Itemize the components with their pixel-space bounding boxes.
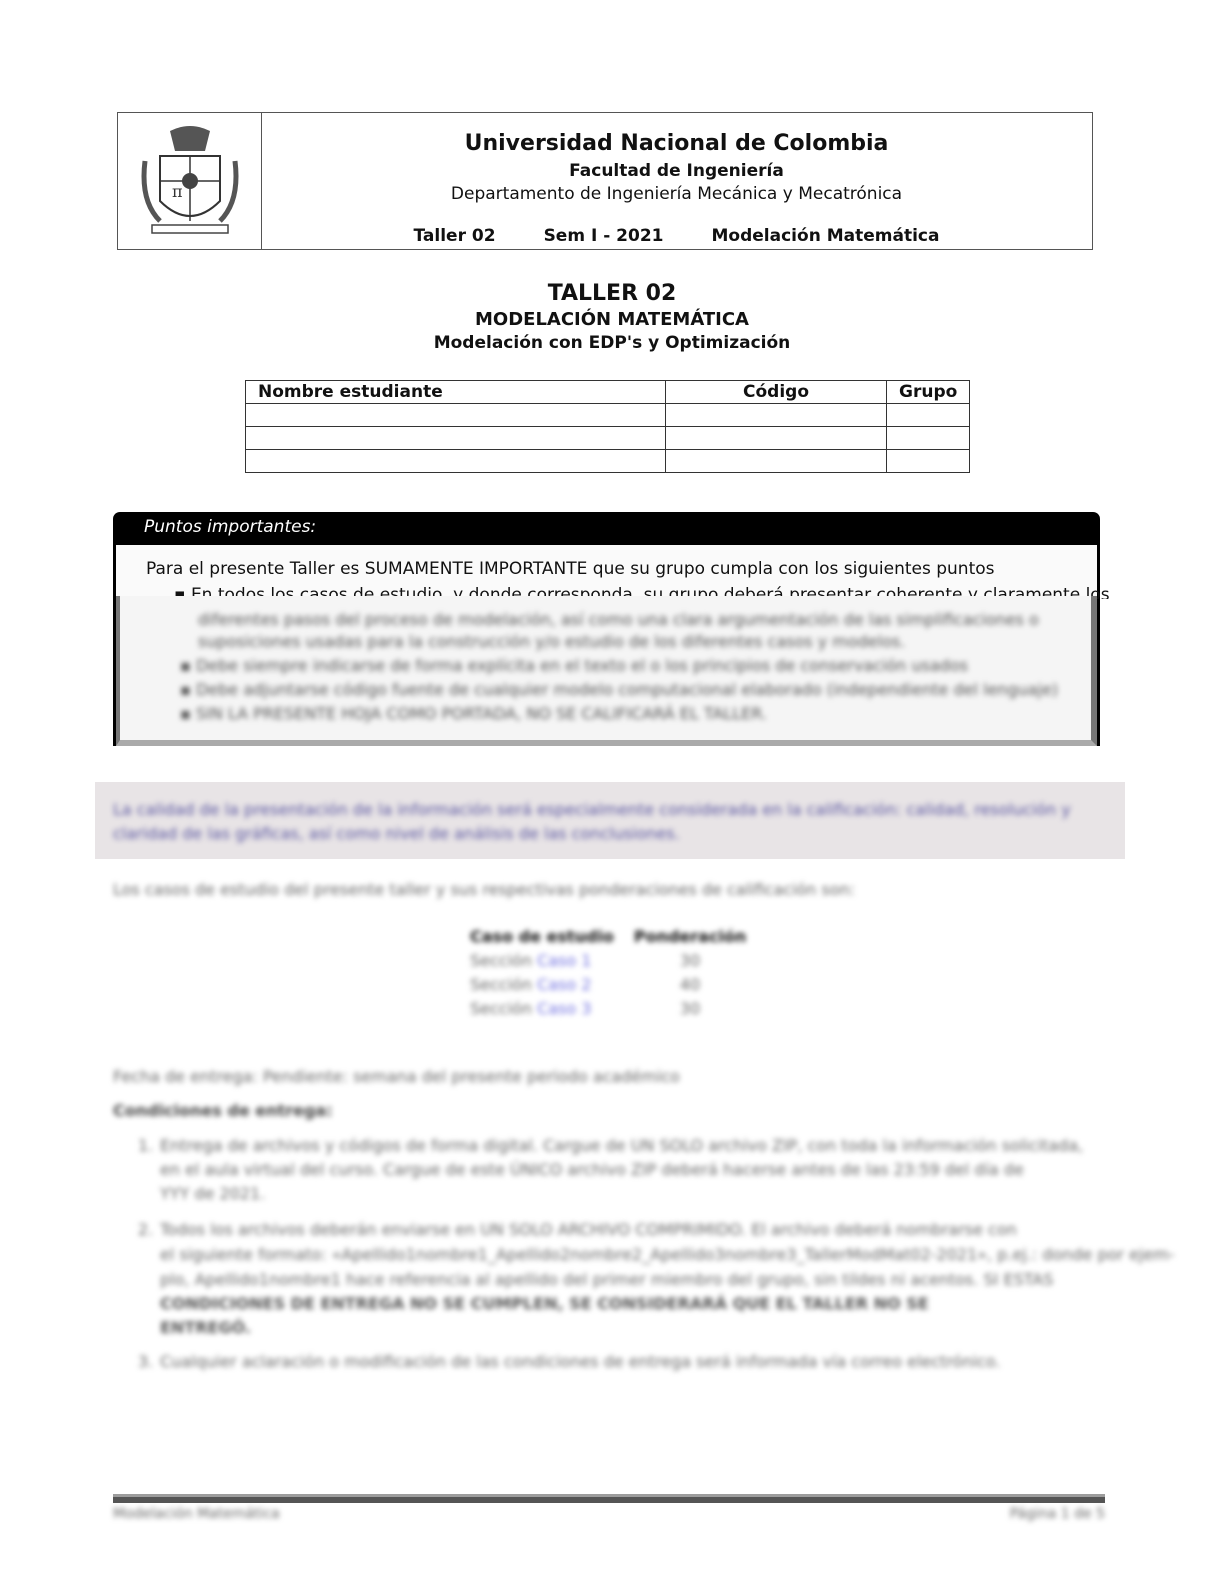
university-name: Universidad Nacional de Colombia xyxy=(261,131,1092,156)
quality-note: La calidad de la presentación de la info… xyxy=(113,798,1107,846)
column-header: Ponderación xyxy=(634,924,754,948)
page-topic: Modelación con EDP's y Optimización xyxy=(0,333,1224,353)
code-cell[interactable] xyxy=(666,404,887,427)
code-cell[interactable] xyxy=(666,450,887,473)
page-subtitle: MODELACIÓN MATEMÁTICA xyxy=(0,309,1224,330)
table-row xyxy=(246,427,970,450)
document-header: π Universidad Nacional de Colombia Facul… xyxy=(117,112,1093,250)
list-item: ▪ Debe siempre indicarse de forma explíc… xyxy=(180,656,968,675)
footer-course: Modelación Matemática xyxy=(113,1506,280,1522)
list-item: diferentes pasos del proceso de modelaci… xyxy=(198,610,1039,629)
department-name: Departamento de Ingeniería Mecánica y Me… xyxy=(261,184,1092,204)
name-cell[interactable] xyxy=(246,404,666,427)
delivery-date: Fecha de entrega: Pendiente: semana del … xyxy=(113,1067,680,1086)
group-cell[interactable] xyxy=(887,404,970,427)
table-row: Sección Caso 2 40 xyxy=(470,972,754,996)
footer-page-number: Página 1 de 5 xyxy=(1010,1506,1105,1522)
table-row: Sección Caso 3 30 xyxy=(470,996,754,1020)
case-3-link[interactable]: Caso 3 xyxy=(537,999,591,1018)
university-crest-icon: π xyxy=(118,113,262,249)
name-cell[interactable] xyxy=(246,450,666,473)
code-cell[interactable] xyxy=(666,427,887,450)
quality-note-box: La calidad de la presentación de la info… xyxy=(95,782,1125,859)
list-item: suposiciones usadas para la construcción… xyxy=(198,632,905,651)
table-row xyxy=(246,404,970,427)
cases-table: Caso de estudio Ponderación Sección Caso… xyxy=(470,924,754,1020)
footer-rule-dark xyxy=(113,1497,1105,1503)
list-item: ▪ SIN LA PRESENTE HOJA COMO PORTADA, NO … xyxy=(180,704,767,723)
column-header: Nombre estudiante xyxy=(246,381,666,404)
semester-label: Sem I - 2021 xyxy=(544,226,664,246)
page-title: TALLER 02 xyxy=(0,281,1224,306)
table-row: Sección Caso 1 30 xyxy=(470,948,754,972)
important-points-title: Puntos importantes: xyxy=(113,512,1100,545)
column-header: Código xyxy=(666,381,887,404)
column-header: Caso de estudio xyxy=(470,924,634,948)
delivery-conditions-title: Condiciones de entrega: xyxy=(113,1101,333,1120)
student-table: Nombre estudiante Código Grupo xyxy=(245,380,970,473)
important-intro: Para el presente Taller es SUMAMENTE IMP… xyxy=(146,559,995,579)
group-cell[interactable] xyxy=(887,450,970,473)
column-header: Grupo xyxy=(887,381,970,404)
cases-intro: Los casos de estudio del presente taller… xyxy=(113,880,855,899)
svg-text:π: π xyxy=(172,182,183,201)
table-row xyxy=(246,450,970,473)
case-1-link[interactable]: Caso 1 xyxy=(537,951,591,970)
group-cell[interactable] xyxy=(887,427,970,450)
taller-label: Taller 02 xyxy=(414,226,496,246)
faculty-name: Facultad de Ingeniería xyxy=(261,161,1092,181)
case-2-link[interactable]: Caso 2 xyxy=(537,975,591,994)
name-cell[interactable] xyxy=(246,427,666,450)
list-item: ▪ Debe adjuntarse código fuente de cualq… xyxy=(180,680,1058,699)
course-label: Modelación Matemática xyxy=(712,226,940,246)
important-points-box: Puntos importantes: Para el presente Tal… xyxy=(113,512,1100,746)
